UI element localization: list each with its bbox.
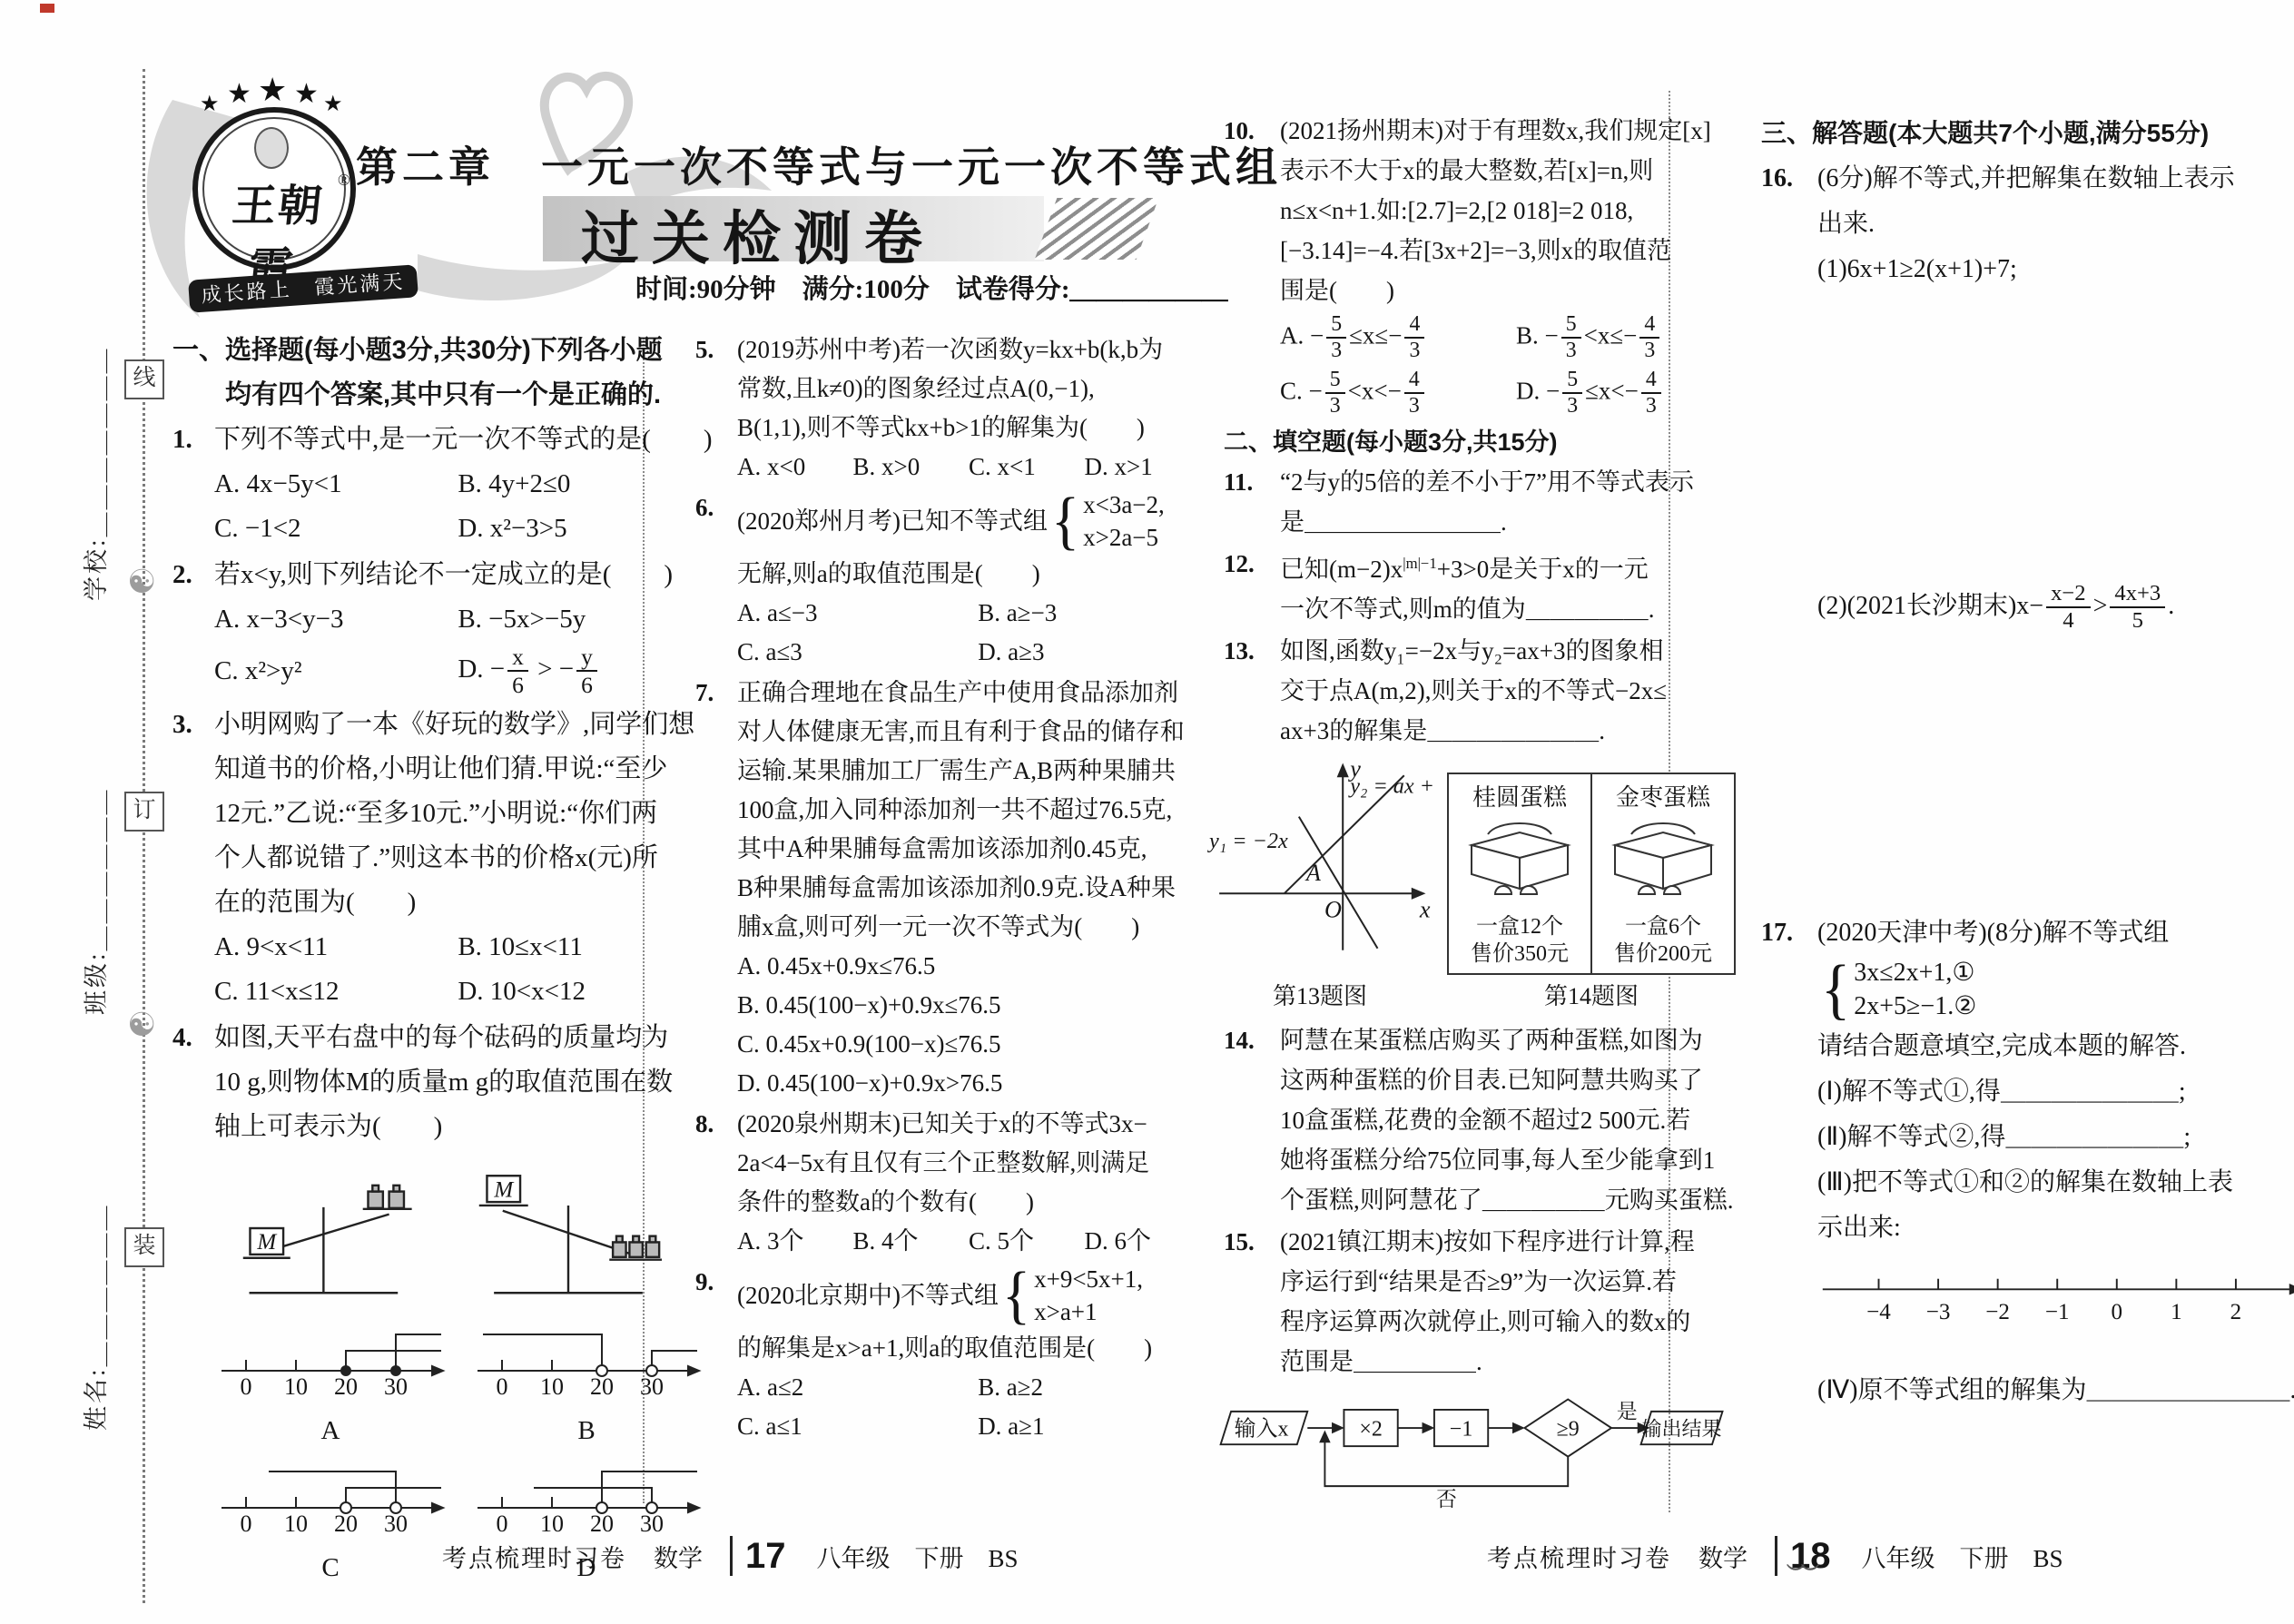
option-row: A. a≤2B. a≥2 bbox=[737, 1368, 1200, 1407]
question-6-options: A. a≤−3B. a≥−3C. a≤3D. a≥3 bbox=[737, 594, 1200, 672]
option-row: C. a≤1D. a≥1 bbox=[737, 1407, 1200, 1446]
svg-text:30: 30 bbox=[640, 1373, 664, 1398]
text-line: x>a+1 bbox=[1034, 1295, 1143, 1328]
question-16: 16. (6分)解不等式,并把解集在数轴上表示出来. (1)6x+1≥2(x+1… bbox=[1761, 156, 2269, 909]
option: C. 11<x≤12 bbox=[214, 969, 458, 1014]
question-13-text: 如图,函数y₁=−2x与y₂=ax+3的图象相交于点A(m,2),则关于x的不等… bbox=[1280, 631, 1734, 751]
question-16-text: (6分)解不等式,并把解集在数轴上表示出来. bbox=[1817, 156, 2269, 247]
option: A. 4x−5y<1 bbox=[214, 462, 458, 507]
option: A. −53≤x≤−43 bbox=[1280, 310, 1516, 366]
text-line: 3x≤2x+1,① bbox=[1854, 956, 1976, 990]
option: C. x²>y² bbox=[214, 649, 458, 694]
option-row: C. −1<2D. x²−3>5 bbox=[214, 507, 683, 551]
question-12-text: 已知(m−2)x|m|−1+3>0是关于x的一元一次不等式,则m的值为＿＿＿＿＿… bbox=[1280, 544, 1734, 629]
svg-text:30: 30 bbox=[384, 1373, 408, 1398]
text-line: B(1,1),则不等式kx+b>1的解集为( ) bbox=[737, 408, 1200, 448]
question-17-text: 请结合题意填空,完成本题的解答.(Ⅰ)解不等式①,得＿＿＿＿＿＿＿;(Ⅱ)解不等… bbox=[1817, 1024, 2269, 1251]
question-8: 8. (2020泉州期末)已知关于x的不等式3x−2a<4−5x有且仅有三个正整… bbox=[695, 1105, 1200, 1261]
text-line: 知道书的价格,小明让他们猜.甲说:“至少 bbox=[214, 747, 683, 792]
question-16-part1: (1)6x+1≥2(x+1)+7; bbox=[1817, 247, 2269, 292]
grade-volume: 八年级 下册 BS bbox=[1862, 1539, 2063, 1574]
option: C. −53<x<−43 bbox=[1280, 366, 1516, 421]
text-line: 个蛋糕,则阿慧花了＿＿＿＿＿元购买蛋糕. bbox=[1280, 1180, 1734, 1220]
svg-text:30: 30 bbox=[640, 1511, 664, 1535]
option: A. x−3<y−3 bbox=[214, 597, 458, 642]
text-line: (Ⅱ)解不等式②,得＿＿＿＿＿＿＿; bbox=[1817, 1115, 2269, 1160]
svg-text:20: 20 bbox=[590, 1373, 614, 1398]
page1-right-column: 5. (2019苏州中考)若一次函数y=kx+b(k,b为常数,且k≠0)的图象… bbox=[695, 330, 1200, 1448]
text-line: 的解集是x>a+1,则a的取值范围是( ) bbox=[737, 1329, 1200, 1368]
text-line: 她将蛋糕分给75位同事,每人至少能拿到1 bbox=[1280, 1140, 1734, 1180]
svg-text:2: 2 bbox=[2230, 1300, 2242, 1324]
text-line: “2与y的5倍的差不小于7”用不等式表示 bbox=[1280, 462, 1734, 502]
section-choice-header: 一、选择题(每小题3分,共30分)下列各小题 均有四个答案,其中只有一个是正确的… bbox=[172, 329, 683, 418]
question-4: 4. 如图,天平右盘中的每个砝码的质量均为10 g,则物体M的质量m g的取值范… bbox=[172, 1016, 683, 1590]
text-line: x+9<5x+1, bbox=[1034, 1263, 1143, 1295]
numberline-option-b: 0 10 20 30 B bbox=[470, 1318, 703, 1453]
subject: 数学 bbox=[1698, 1539, 1748, 1574]
text-line: (2021扬州期末)对于有理数x,我们规定[x] bbox=[1280, 111, 1734, 151]
question-7-text: 正确合理地在食品生产中使用食品添加剂对人体健康无害,而且有利于食品的储存和运输.… bbox=[737, 674, 1200, 1103]
text-line: 若x<y,则下列结论不一定成立的是( ) bbox=[214, 553, 683, 597]
svg-text:−2: −2 bbox=[1985, 1300, 2010, 1324]
grade-volume: 八年级 下册 BS bbox=[817, 1539, 1019, 1574]
option: A. x<0 bbox=[737, 448, 853, 487]
question-1-options: A. 4x−5y<1B. 4y+2≤0C. −1<2D. x²−3>5 bbox=[214, 462, 683, 551]
option-row: A. a≤−3B. a≥−3 bbox=[737, 594, 1200, 633]
question-9: 9. (2020北京期中)不等式组 {x+9<5x+1,x>a+1 的解集是x>… bbox=[695, 1263, 1200, 1446]
brace-glyph: { bbox=[1051, 500, 1079, 543]
option-row: C. −53<x<−43D. −53≤x<−43 bbox=[1280, 366, 1734, 421]
option-row: A. 4x−5y<1B. 4y+2≤0 bbox=[214, 462, 683, 507]
text-line: 脯x盒,则可列一元一次不等式为( ) bbox=[737, 908, 1200, 947]
option: B. a≥2 bbox=[978, 1368, 1200, 1407]
text-line: 对人体健康无害,而且有利于食品的储存和 bbox=[737, 713, 1200, 752]
star-icon: ★ bbox=[294, 78, 319, 110]
text-line: 运输.某果脯加工厂需生产A,B两种果脯共 bbox=[737, 752, 1200, 791]
option: B. a≥−3 bbox=[978, 594, 1200, 633]
question-17: 17. (2020天津中考)(8分)解不等式组 {3x≤2x+1,①2x+5≥−… bbox=[1761, 910, 2269, 1414]
scan-registration-mark bbox=[40, 4, 54, 13]
text-line: 如图,函数y₁=−2x与y₂=ax+3的图象相 bbox=[1280, 631, 1734, 671]
page2-left-column: 10. (2021扬州期末)对于有理数x,我们规定[x]表示不大于x的最大整数,… bbox=[1224, 111, 1734, 1521]
svg-text:−1: −1 bbox=[2045, 1300, 2070, 1324]
star-icon: ★ bbox=[323, 91, 343, 117]
svg-text:10: 10 bbox=[284, 1511, 308, 1535]
text-line: [−3.14]=−4.若[3x+2]=−3,则x的取值范 bbox=[1280, 231, 1734, 271]
question-1: 1. 下列不等式中,是一元一次不等式的是( ) A. 4x−5y<1B. 4y+… bbox=[172, 418, 683, 551]
text-line: D. 0.45(100−x)+0.9x>76.5 bbox=[737, 1064, 1200, 1103]
text-line: 100盒,加入同种添加剂一共不超过76.5克, bbox=[737, 791, 1200, 830]
option: B. x>0 bbox=[853, 448, 970, 487]
text-line: 轴上可表示为( ) bbox=[214, 1105, 683, 1149]
text-line: 交于点A(m,2),则关于x的不等式−2x≤ bbox=[1280, 671, 1734, 711]
section-solve-header: 三、解答题(本大题共7个小题,满分55分) bbox=[1761, 111, 2269, 156]
svg-text:30: 30 bbox=[384, 1511, 408, 1535]
svg-text:x: x bbox=[1419, 897, 1431, 923]
question-2: 2. 若x<y,则下列结论不一定成立的是( ) A. x−3<y−3B. −5x… bbox=[172, 553, 683, 701]
name-field: 姓名:＿＿＿＿＿＿ bbox=[76, 1203, 112, 1431]
figure-14-caption: 第14题图 bbox=[1447, 977, 1736, 1017]
text-line: 出来. bbox=[1817, 202, 2269, 247]
numberline-option-a: 0 10 20 30 A bbox=[214, 1318, 447, 1453]
option: C. 5个 bbox=[969, 1222, 1085, 1261]
subject: 数学 bbox=[654, 1539, 703, 1574]
option-row: C. 11<x≤12D. 10<x<12 bbox=[214, 969, 683, 1014]
question-8-options: A. 3个B. 4个C. 5个D. 6个 bbox=[737, 1222, 1200, 1261]
question-8-text: (2020泉州期末)已知关于x的不等式3x−2a<4−5x有且仅有三个正整数解,… bbox=[737, 1105, 1200, 1222]
text-line: 无解,则a的取值范围是( ) bbox=[737, 555, 1200, 594]
text-line: 10盒蛋糕,花费的金额不超过2 500元.若 bbox=[1280, 1100, 1734, 1140]
registered-mark: ® bbox=[338, 171, 350, 190]
option: C. a≤1 bbox=[737, 1407, 978, 1446]
text-line: (2020泉州期末)已知关于x的不等式3x− bbox=[737, 1105, 1200, 1144]
text-line: 示出来: bbox=[1817, 1206, 2269, 1251]
text-line: (2019苏州中考)若一次函数y=kx+b(k,b为 bbox=[737, 330, 1200, 369]
option: C. −1<2 bbox=[214, 507, 458, 551]
star-icon: ★ bbox=[258, 71, 287, 109]
option: A. 9<x<11 bbox=[214, 925, 458, 969]
question-2-text: 若x<y,则下列结论不一定成立的是( ) bbox=[214, 553, 683, 597]
cake-cell-1: 桂圆蛋糕 一盒12个 售价350元 bbox=[1449, 774, 1592, 973]
text-line: 条件的整数a的个数有( ) bbox=[737, 1183, 1200, 1222]
text-line: 小明网购了一本《好玩的数学》,同学们想 bbox=[214, 703, 683, 747]
portrait-icon bbox=[254, 127, 289, 169]
question-7: 7. 正确合理地在食品生产中使用食品添加剂对人体健康无害,而且有利于食品的储存和… bbox=[695, 674, 1200, 1103]
decorative-seal-icon: ☯ bbox=[127, 563, 156, 601]
text-line: 请结合题意填空,完成本题的解答. bbox=[1817, 1024, 2269, 1069]
weight-label-m: M bbox=[493, 1177, 514, 1202]
page1-footer: 考点梳理时习卷 数学 17 八年级 下册 BS bbox=[442, 1536, 1019, 1576]
question-12: 12. 已知(m−2)x|m|−1+3>0是关于x的一元一次不等式,则m的值为＿… bbox=[1224, 544, 1734, 629]
text-line: 2x+5≥−1.② bbox=[1854, 989, 1976, 1024]
option: D. 6个 bbox=[1085, 1222, 1201, 1261]
svg-text:是: 是 bbox=[1617, 1401, 1638, 1423]
text-line: n≤x<n+1.如:[2.7]=2,[2 018]=2 018, bbox=[1280, 191, 1734, 231]
svg-text:10: 10 bbox=[540, 1511, 564, 1535]
question-11-text: “2与y的5倍的差不小于7”用不等式表示是＿＿＿＿＿＿＿＿. bbox=[1280, 462, 1734, 542]
page-number: 18︶︶ bbox=[1775, 1536, 1835, 1576]
option-row: C. a≤3D. a≥3 bbox=[737, 633, 1200, 672]
question-5-options: A. x<0B. x>0C. x<1D. x>1 bbox=[737, 448, 1200, 487]
question-17-part4: (Ⅳ)原不等式组的解集为＿＿＿＿＿＿＿＿. bbox=[1817, 1368, 2269, 1413]
svg-text:10: 10 bbox=[540, 1373, 564, 1398]
question-17-numberline: −4 −3 −2 −1 0 1 2 bbox=[1817, 1264, 2269, 1344]
class-field: 班级:＿＿＿＿＿＿ bbox=[76, 787, 112, 1015]
question-1-text: 下列不等式中,是一元一次不等式的是( ) bbox=[214, 418, 683, 462]
svg-text:×2: ×2 bbox=[1359, 1418, 1382, 1442]
svg-text:y₁ = −2x: y₁ = −2x bbox=[1206, 829, 1288, 853]
text-line: B种果脯每盒需加该添加剂0.9克.设A种果 bbox=[737, 869, 1200, 908]
option: D. −x6 > −y6 bbox=[458, 642, 683, 701]
work-space bbox=[1817, 292, 2269, 579]
option: D. 10<x<12 bbox=[458, 969, 683, 1014]
star-icon: ★ bbox=[227, 78, 251, 110]
option: B. 4个 bbox=[853, 1222, 970, 1261]
question-2-options: A. x−3<y−3B. −5x>−5yC. x²>y²D. −x6 > −y6 bbox=[214, 597, 683, 701]
svg-text:−1: −1 bbox=[1450, 1418, 1472, 1442]
exam-meta: 时间:90分钟 满分:100分 试卷得分:＿＿＿＿＿＿ bbox=[635, 269, 1227, 306]
text-line: 正确合理地在食品生产中使用食品添加剂 bbox=[737, 674, 1200, 713]
text-line: 已知(m−2)x|m|−1+3>0是关于x的一元 bbox=[1280, 544, 1734, 589]
text-line: 阿慧在某蛋糕店购买了两种蛋糕,如图为 bbox=[1280, 1020, 1734, 1060]
option: D. x>1 bbox=[1085, 448, 1201, 487]
question-15: 15. (2021镇江期末)按如下程序进行计算,程序运行到“结果是否≥9”为一次… bbox=[1224, 1222, 1734, 1382]
text-line: 常数,且k≠0)的图象经过点A(0,−1), bbox=[737, 369, 1200, 408]
option-row: A. 9<x<11B. 10≤x<11 bbox=[214, 925, 683, 969]
book-icon: ︶︶ bbox=[1787, 1554, 1816, 1594]
text-line: 围是( ) bbox=[1280, 271, 1734, 310]
question-5: 5. (2019苏州中考)若一次函数y=kx+b(k,b为常数,且k≠0)的图象… bbox=[695, 330, 1200, 487]
text-line: 范围是＿＿＿＿＿. bbox=[1280, 1342, 1734, 1382]
chapter-title: 第二章 一元一次不等式与一元一次不等式组 bbox=[356, 134, 1282, 194]
text-line: 在的范围为( ) bbox=[214, 881, 683, 925]
svg-text:10: 10 bbox=[284, 1373, 308, 1398]
question-14-price-table: 桂圆蛋糕 一盒12个 售价350元 金枣蛋糕 bbox=[1447, 773, 1736, 1017]
question-16-part2: (2)(2021长沙期末)x−x−24>4x+35. bbox=[1817, 579, 2269, 636]
question-10-options: A. −53≤x≤−43B. −53<x≤−43C. −53<x<−43D. −… bbox=[1280, 310, 1734, 420]
text-line: 2a<4−5x有且仅有三个正整数解,则满足 bbox=[737, 1144, 1200, 1183]
question-15-text: (2021镇江期末)按如下程序进行计算,程序运行到“结果是否≥9”为一次运算.若… bbox=[1280, 1222, 1734, 1382]
option-row: A. x−3<y−3B. −5x>−5y bbox=[214, 597, 683, 642]
page2-footer: 考点梳理时习卷 数学 18︶︶ 八年级 下册 BS bbox=[1487, 1536, 2063, 1576]
svg-text:A: A bbox=[1305, 860, 1322, 886]
option: C. a≤3 bbox=[737, 633, 978, 672]
question-14: 14. 阿慧在某蛋糕店购买了两种蛋糕,如图为这两种蛋糕的价目表.已知阿慧共购买了… bbox=[1224, 1020, 1734, 1220]
question-15-flowchart: 输入x ×2 −1 ≥9 是 否 输出结果 bbox=[1213, 1389, 1734, 1521]
figure-13-caption: 第13题图 bbox=[1206, 977, 1434, 1017]
svg-text:20: 20 bbox=[334, 1373, 358, 1398]
svg-text:−4: −4 bbox=[1866, 1300, 1891, 1324]
svg-text:−3: −3 bbox=[1926, 1300, 1951, 1324]
question-6-text: 无解,则a的取值范围是( ) bbox=[737, 555, 1200, 594]
svg-text:0: 0 bbox=[497, 1511, 508, 1535]
text-line: 表示不大于x的最大整数,若[x]=n,则 bbox=[1280, 151, 1734, 191]
svg-text:y: y bbox=[1347, 756, 1361, 782]
text-line: (6分)解不等式,并把解集在数轴上表示 bbox=[1817, 156, 2269, 202]
question-3: 3. 小明网购了一本《好玩的数学》,同学们想知道书的价格,小明让他们猜.甲说:“… bbox=[172, 703, 683, 1014]
figures-row: y₁ = −2x y₂ = ax + 3 A O x y 第13题图 桂圆蛋糕 bbox=[1206, 756, 1734, 1017]
svg-text:1: 1 bbox=[2171, 1300, 2182, 1324]
text-line: 个人都说错了.”则这本书的价格x(元)所 bbox=[214, 836, 683, 881]
option: B. 10≤x<11 bbox=[458, 925, 683, 969]
star-icon: ★ bbox=[200, 91, 220, 117]
question-9-text: 的解集是x>a+1,则a的取值范围是( ) bbox=[737, 1329, 1200, 1368]
svg-text:否: 否 bbox=[1436, 1488, 1457, 1509]
svg-text:0: 0 bbox=[241, 1511, 252, 1535]
balance-scales-figure: M M bbox=[214, 1156, 683, 1314]
cake-cell-2: 金枣蛋糕 一盒6个 售价200元 bbox=[1592, 774, 1734, 973]
question-10-text: (2021扬州期末)对于有理数x,我们规定[x]表示不大于x的最大整数,若[x]… bbox=[1280, 111, 1734, 310]
text-line: 10 g,则物体M的质量m g的取值范围在数 bbox=[214, 1060, 683, 1105]
text-line: x<3a−2, bbox=[1083, 488, 1165, 521]
inequality-system: 3x≤2x+1,①2x+5≥−1.② bbox=[1854, 956, 1976, 1025]
option: B. −53<x≤−43 bbox=[1516, 310, 1734, 366]
question-5-text: (2019苏州中考)若一次函数y=kx+b(k,b为常数,且k≠0)的图象经过点… bbox=[737, 330, 1200, 448]
option: D. x²−3>5 bbox=[458, 507, 683, 551]
option: B. 4y+2≤0 bbox=[458, 462, 683, 507]
question-9-stem: (2020北京期中)不等式组 {x+9<5x+1,x>a+1 bbox=[737, 1263, 1200, 1329]
svg-text:0: 0 bbox=[497, 1373, 508, 1398]
option: A. 3个 bbox=[737, 1222, 853, 1261]
svg-text:0: 0 bbox=[241, 1373, 252, 1398]
text-line: A. 0.45x+0.9x≤76.5 bbox=[737, 947, 1200, 986]
series-title: 考点梳理时习卷 bbox=[442, 1539, 626, 1574]
inequality-system: x+9<5x+1,x>a+1 bbox=[1034, 1263, 1143, 1329]
svg-text:输出结果: 输出结果 bbox=[1642, 1418, 1722, 1441]
page-number: 17 bbox=[730, 1536, 790, 1576]
option: B. −5x>−5y bbox=[458, 597, 683, 642]
svg-text:输入x: 输入x bbox=[1235, 1417, 1289, 1442]
svg-text:20: 20 bbox=[590, 1511, 614, 1535]
question-17-system: {3x≤2x+1,①2x+5≥−1.② bbox=[1817, 956, 2269, 1025]
inequality-system: x<3a−2,x>2a−5 bbox=[1083, 488, 1165, 555]
brace-glyph: { bbox=[1002, 1275, 1030, 1317]
question-3-text: 小明网购了一本《好玩的数学》,同学们想知道书的价格,小明让他们猜.甲说:“至少1… bbox=[214, 703, 683, 925]
numberline-option-c: 0 10 20 30 C bbox=[214, 1455, 447, 1590]
option: A. a≤2 bbox=[737, 1368, 978, 1407]
question-9-options: A. a≤2B. a≥2C. a≤1D. a≥1 bbox=[737, 1368, 1200, 1446]
brand-logo: ★ ★ ★ ★ ★ 王朝霞 ® 成长路上 霞光满天 bbox=[136, 84, 481, 320]
question-3-options: A. 9<x<11B. 10≤x<11C. 11<x≤12D. 10<x<12 bbox=[214, 925, 683, 1014]
binding-mark-pack: 装 bbox=[124, 1227, 164, 1267]
text-line: 这两种蛋糕的价目表.已知阿慧共购买了 bbox=[1280, 1060, 1734, 1100]
text-line: 是＿＿＿＿＿＿＿＿. bbox=[1280, 502, 1734, 542]
option: D. a≥3 bbox=[978, 633, 1200, 672]
option-row: C. x²>y²D. −x6 > −y6 bbox=[214, 642, 683, 701]
text-line: (2021镇江期末)按如下程序进行计算,程 bbox=[1280, 1222, 1734, 1262]
text-line: B. 0.45(100−x)+0.9x≤76.5 bbox=[737, 986, 1200, 1025]
text-line: 12元.”乙说:“至多10元.”小明说:“你们两 bbox=[214, 792, 683, 836]
school-field: 学校:＿＿＿＿＿＿＿ bbox=[76, 346, 112, 601]
question-13: 13. 如图,函数y₁=−2x与y₂=ax+3的图象相交于点A(m,2),则关于… bbox=[1224, 631, 1734, 751]
question-13-graph: y₁ = −2x y₂ = ax + 3 A O x y 第13题图 bbox=[1206, 756, 1434, 1017]
work-space bbox=[1817, 636, 2269, 909]
option: C. x<1 bbox=[969, 448, 1085, 487]
text-line: 序运行到“结果是否≥9”为一次运算.若 bbox=[1280, 1262, 1734, 1302]
text-line: ax+3的解集是＿＿＿＿＿＿＿. bbox=[1280, 711, 1734, 751]
work-space bbox=[1817, 1344, 2269, 1368]
page-title: 过关检测卷 bbox=[581, 192, 935, 276]
text-line: 程序运算两次就停止,则可输入的数x的 bbox=[1280, 1302, 1734, 1342]
question-6-stem: (2020郑州月考)已知不等式组 {x<3a−2,x>2a−5 bbox=[737, 488, 1200, 555]
text-line: C. 0.45x+0.9(100−x)≤76.5 bbox=[737, 1025, 1200, 1064]
question-4-text: 如图,天平右盘中的每个砝码的质量均为10 g,则物体M的质量m g的取值范围在数… bbox=[214, 1016, 683, 1149]
series-title: 考点梳理时习卷 bbox=[1487, 1539, 1671, 1574]
option: D. a≥1 bbox=[978, 1407, 1200, 1446]
question-11: 11. “2与y的5倍的差不小于7”用不等式表示是＿＿＿＿＿＿＿＿. bbox=[1224, 462, 1734, 542]
page2-right-column: 三、解答题(本大题共7个小题,满分55分) 16. (6分)解不等式,并把解集在… bbox=[1761, 111, 2269, 1415]
text-line: (Ⅲ)把不等式①和②的解集在数轴上表 bbox=[1817, 1160, 2269, 1206]
page1-left-column: 一、选择题(每小题3分,共30分)下列各小题 均有四个答案,其中只有一个是正确的… bbox=[172, 329, 683, 1592]
section-fill-header: 二、填空题(每小题3分,共15分) bbox=[1224, 422, 1734, 462]
option: A. a≤−3 bbox=[737, 594, 978, 633]
text-line: (Ⅰ)解不等式①,得＿＿＿＿＿＿＿; bbox=[1817, 1069, 2269, 1115]
text-line: 其中A种果脯每盒需加该添加剂0.45克, bbox=[737, 830, 1200, 869]
svg-text:O: O bbox=[1324, 897, 1342, 923]
question-14-text: 阿慧在某蛋糕店购买了两种蛋糕,如图为这两种蛋糕的价目表.已知阿慧共购买了10盒蛋… bbox=[1280, 1020, 1734, 1220]
text-line: 一次不等式,则m的值为＿＿＿＿＿. bbox=[1280, 589, 1734, 629]
binding-mark-line: 线 bbox=[124, 359, 164, 399]
brace-glyph: { bbox=[1821, 965, 1850, 1015]
binding-mark-order: 订 bbox=[124, 792, 164, 832]
svg-text:≥9: ≥9 bbox=[1557, 1418, 1580, 1442]
decorative-seal-icon: ☯ bbox=[127, 1006, 156, 1044]
option-row: A. −53≤x≤−43B. −53<x≤−43 bbox=[1280, 310, 1734, 366]
svg-text:0: 0 bbox=[2112, 1300, 2123, 1324]
svg-text:20: 20 bbox=[334, 1511, 358, 1535]
question-10: 10. (2021扬州期末)对于有理数x,我们规定[x]表示不大于x的最大整数,… bbox=[1224, 111, 1734, 420]
question-17-stem: (2020天津中考)(8分)解不等式组 bbox=[1817, 910, 2269, 956]
text-line: 如图,天平右盘中的每个砝码的质量均为 bbox=[214, 1016, 683, 1060]
question-6: 6. (2020郑州月考)已知不等式组 {x<3a−2,x>2a−5 无解,则a… bbox=[695, 488, 1200, 672]
weight-label-m: M bbox=[256, 1230, 277, 1255]
text-line: x>2a−5 bbox=[1083, 521, 1165, 554]
option: D. −53≤x<−43 bbox=[1516, 366, 1734, 421]
text-line: 下列不等式中,是一元一次不等式的是( ) bbox=[214, 418, 683, 462]
